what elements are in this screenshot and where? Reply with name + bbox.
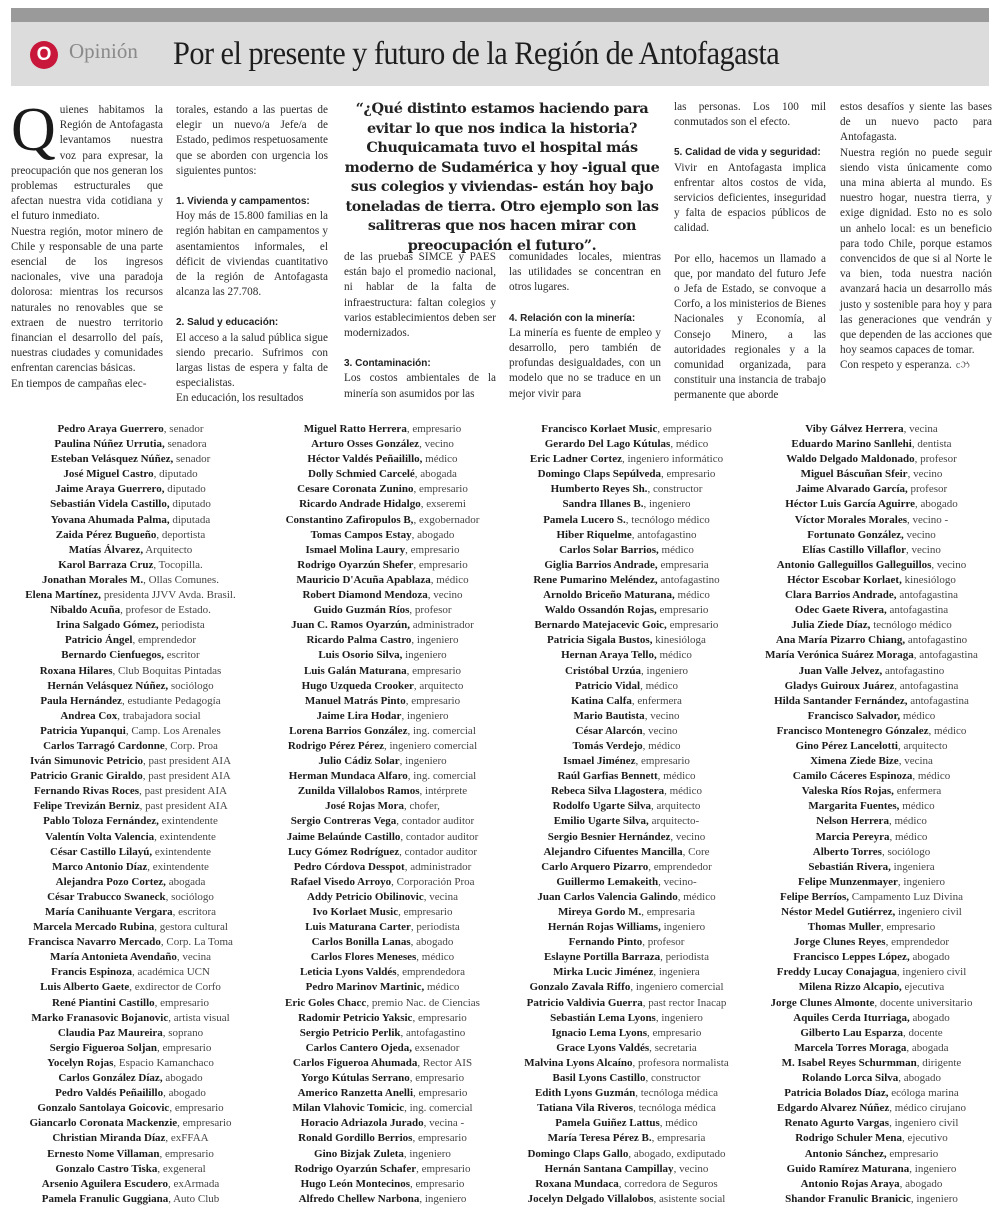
signer-role: , past president AIA <box>143 770 231 782</box>
signer-role: vecino <box>904 529 936 541</box>
signer-role: , Camp. Los Arenales <box>126 725 221 737</box>
signer-name: Iván Simunovic Petricio <box>30 755 143 767</box>
signer-entry: Tomás Verdejo, médico <box>504 739 749 754</box>
signer-name: Addy Petricio Obilinovic <box>307 891 424 903</box>
signer-name: Dolly Schmied Carcelé <box>308 468 415 480</box>
signer-name: Jonathan Morales M. <box>42 574 143 586</box>
signer-name: Ximena Ziede Bize <box>810 755 899 767</box>
signer-role: empresario <box>657 604 709 616</box>
signer-name: Jaime Araya Guerrero, <box>55 483 164 495</box>
signer-role: empresaria <box>658 559 709 571</box>
signer-entry: Carlos González Díaz, abogado <box>8 1071 253 1086</box>
signer-role: , médico <box>912 770 950 782</box>
signer-role: abogado <box>910 1012 950 1024</box>
signer-role: , estudiante Pedagogía <box>122 695 221 707</box>
signer-name: Nibaldo Acuña <box>50 604 120 616</box>
signer-role: , abogado <box>915 498 958 510</box>
signer-entry: Edith Lyons Guzmán, tecnóloga médica <box>504 1086 749 1101</box>
signer-name: Guido Guzmán Ríos <box>313 604 409 616</box>
paragraph: Hoy más de 15.800 familias en la región … <box>176 209 328 300</box>
signer-role: antofagastino <box>905 634 967 646</box>
signer-name: Cesare Coronata Zunino <box>297 483 413 495</box>
signer-entry: Pedro Marinov Martinic, médico <box>260 980 505 995</box>
signer-role: , periodista <box>411 921 460 933</box>
signer-role: , trabajadora social <box>117 710 200 722</box>
signer-role: antofagastina <box>887 604 948 616</box>
signer-name: Edith Lyons Guzmán <box>535 1087 635 1099</box>
signer-name: Yorgo Kútulas Serrano <box>301 1072 410 1084</box>
signer-name: Fernando Rivas Roces <box>34 785 139 797</box>
signer-role: , secretaria <box>649 1042 697 1054</box>
signer-entry: Patricia Yupanqui, Camp. Los Arenales <box>8 724 253 739</box>
signer-role: , docente universitario <box>874 997 972 1009</box>
signer-name: Pedro Córdova Desspot <box>294 861 405 873</box>
signer-entry: Francis Espinoza, académica UCN <box>8 965 253 980</box>
signer-name: Carlos Cantero Ojeda, <box>306 1042 412 1054</box>
signer-role: , premio Nac. de Ciencias <box>366 997 480 1009</box>
signer-entry: Luis Osorio Silva, ingeniero <box>260 648 505 663</box>
signer-name: Gerardo Del Lago Kútulas <box>545 438 671 450</box>
signer-entry: Ismael Jiménez, empresario <box>504 754 749 769</box>
signer-name: Clara Barrios Andrade, <box>785 589 897 601</box>
signer-name: Radomir Petricio Yaksic <box>298 1012 412 1024</box>
signer-entry: Americo Ranzetta Anelli, empresario <box>260 1086 505 1101</box>
signer-name: Jaime Lira Hodar <box>317 710 402 722</box>
signer-name: Rolando Lorca Silva <box>802 1072 898 1084</box>
signer-entry: Marko Franasovic Bojanovic, artista visu… <box>8 1011 253 1026</box>
signer-name: Nelson Herrera <box>816 815 889 827</box>
signer-role: tecnólogo médico <box>870 619 951 631</box>
signer-entry: Basil Lyons Castillo, constructor <box>504 1071 749 1086</box>
signer-role: , vecino- <box>658 876 696 888</box>
signer-entry: Luis Maturana Carter, periodista <box>260 920 505 935</box>
signer-name: Víctor Morales Morales <box>795 514 907 526</box>
signer-role: , empresario <box>410 1072 464 1084</box>
signer-role: , médico cirujano <box>889 1102 966 1114</box>
signer-entry: Gilberto Lau Esparza, docente <box>749 1026 994 1041</box>
signer-role: , médico <box>431 574 469 586</box>
signer-role: , empresario <box>413 1087 467 1099</box>
signer-entry: Víctor Morales Morales, vecino - <box>749 513 994 528</box>
subheading-housing: 1. Vivienda y campamentos: <box>176 194 328 209</box>
signer-name: Marcia Pereyra <box>816 831 890 843</box>
signer-name: Luis Maturana Carter <box>305 921 411 933</box>
signer-role: , médico <box>889 815 927 827</box>
signer-entry: Juan Valle Jelvez, antofagastino <box>749 664 994 679</box>
signer-entry: Nelson Herrera, médico <box>749 814 994 829</box>
signer-name: Pamela Franulic Guggiana <box>42 1193 169 1205</box>
signer-entry: Clara Barrios Andrade, antofagastina <box>749 588 994 603</box>
signer-name: Sebastián Rivera, <box>808 861 891 873</box>
signer-entry: Edgardo Alvarez Núñez, médico cirujano <box>749 1101 994 1116</box>
signer-entry: José Miguel Castro, diputado <box>8 467 253 482</box>
signer-name: Marcela Torres Moraga <box>794 1042 906 1054</box>
signer-name: Camilo Cáceres Espinoza <box>793 770 913 782</box>
signer-entry: Carlos Solar Barrios, médico <box>504 543 749 558</box>
signer-role: , dentista <box>912 438 952 450</box>
signer-name: Milan Vlahovic Tomicic <box>292 1102 404 1114</box>
signer-entry: Guido Ramírez Maturana, ingeniero <box>749 1162 994 1177</box>
signer-role: , exintendente <box>154 831 216 843</box>
signer-name: Rafael Visedo Arroyo <box>290 876 391 888</box>
signer-role: ecóloga marina <box>888 1087 958 1099</box>
signer-role: , emprendedor <box>886 936 950 948</box>
signer-entry: Marcela Torres Moraga, abogada <box>749 1041 994 1056</box>
signer-entry: Héctor Escobar Korlaet, kinesiólogo <box>749 573 994 588</box>
signer-name: Néstor Medel Gutiérrez, <box>781 906 895 918</box>
signer-entry: Ignacio Lema Lyons, empresario <box>504 1026 749 1041</box>
signer-role: , profesor <box>642 936 684 948</box>
signer-entry: Sebastián Rivera, ingeniera <box>749 860 994 875</box>
signer-entry: Felipe Trevizán Berniz, past president A… <box>8 799 253 814</box>
signer-entry: Felipe Munzenmayer, ingeniero <box>749 875 994 890</box>
signer-role: , vecino - <box>907 514 948 526</box>
signer-entry: Esteban Velásquez Núñez, senador <box>8 452 253 467</box>
signer-name: Sergio Contreras Vega <box>291 815 397 827</box>
signer-name: Hernán Velásquez Núñez, <box>47 680 168 692</box>
signer-role: , ing. comercial <box>404 1102 472 1114</box>
signer-name: Juan Carlos Valencia Galindo <box>537 891 677 903</box>
signer-role: médico <box>422 453 457 465</box>
signer-role: presidenta JJVV Avda. Brasil. <box>101 589 236 601</box>
signer-name: Carlos Tarragó Cardonne <box>43 740 165 752</box>
signer-role: , médico <box>658 770 696 782</box>
signer-role: , empresario <box>155 997 209 1009</box>
signer-name: Matías Álvarez, <box>69 544 143 556</box>
opinion-logo-icon: O <box>30 41 58 69</box>
signer-role: , exgeneral <box>157 1163 205 1175</box>
signer-role: , empresario <box>881 921 935 933</box>
signer-role: , médico <box>640 680 678 692</box>
signer-entry: Guido Guzmán Ríos, profesor <box>260 603 505 618</box>
signer-name: Carlos Flores Meneses <box>311 951 417 963</box>
signer-entry: Sebastián Videla Castillo, diputado <box>8 497 253 512</box>
signer-name: Carlos Bonilla Lanas <box>312 936 411 948</box>
signer-entry: Paula Hernández, estudiante Pedagogía <box>8 694 253 709</box>
signer-role: , ingeniero civil <box>897 966 966 978</box>
signer-role: , constructor <box>645 1072 700 1084</box>
signer-role: empresario <box>667 619 719 631</box>
signer-entry: Dolly Schmied Carcelé, abogada <box>260 467 505 482</box>
signer-role: , Tocopilla. <box>153 559 202 571</box>
signer-name: Shandor Franulic Branicic <box>785 1193 911 1205</box>
signer-role: , Corp. Proa <box>165 740 218 752</box>
signers-column-2: Miguel Ratto Herrera, empresarioArturo O… <box>260 422 505 1207</box>
signer-entry: Yovana Ahumada Palma, diputada <box>8 513 253 528</box>
signer-name: Freddy Lucay Conajagua <box>777 966 897 978</box>
signer-name: Carlos Solar Barrios, <box>559 544 659 556</box>
signer-entry: Gonzalo Santolaya Goicovic, empresario <box>8 1101 253 1116</box>
signer-entry: Francisco Korlaet Music, empresario <box>504 422 749 437</box>
signer-entry: Karol Barraza Cruz, Tocopilla. <box>8 558 253 573</box>
signer-name: Paula Hernández <box>40 695 122 707</box>
signer-role: , abogado <box>900 1178 943 1190</box>
paragraph: La minería es fuente de empleo y desarro… <box>509 326 661 402</box>
signer-entry: Fernando Pinto, profesor <box>504 935 749 950</box>
signer-entry: Ximena Ziede Bize, vecina <box>749 754 994 769</box>
signer-name: Odec Gaete Rivera, <box>795 604 887 616</box>
signer-role: , deportista <box>156 529 205 541</box>
paragraph: En tiempos de campañas elec- <box>11 377 163 392</box>
article-column-1: Q uienes habitamos la Región de Antofaga… <box>11 103 163 392</box>
signer-entry: Pamela Guiñez Lattus, médico <box>504 1116 749 1131</box>
signer-name: Basil Lyons Castillo <box>553 1072 646 1084</box>
signer-role: , empresario <box>412 1012 466 1024</box>
signer-entry: Malvina Lyons Alcaíno, profesora normali… <box>504 1056 749 1071</box>
signer-name: Zunilda Villalobos Ramos <box>298 785 420 797</box>
signer-role: , arquitecto <box>651 800 700 812</box>
signer-role: , sociólogo <box>882 846 930 858</box>
signer-name: Fortunato González, <box>807 529 904 541</box>
signer-role: , empresario <box>405 544 459 556</box>
signer-entry: Humberto Reyes Sh., constructor <box>504 482 749 497</box>
signer-role: , vecino <box>906 544 941 556</box>
signer-entry: Aquiles Cerda Iturriaga, abogado <box>749 1011 994 1026</box>
signer-entry: Gonzalo Castro Tiska, exgeneral <box>8 1162 253 1177</box>
signer-role: antofagastina <box>897 589 958 601</box>
signer-name: Carlos González Díaz, <box>58 1072 162 1084</box>
signer-name: Alejandro Cifuentes Mancilla <box>543 846 682 858</box>
signer-role: , arquitecto <box>414 680 463 692</box>
signer-name: Bernardo Matejacevic Goic, <box>535 619 667 631</box>
signer-entry: Constantino Zafiropulos B,, exgobernador <box>260 513 505 528</box>
signer-role: , empresario <box>416 1163 470 1175</box>
signer-name: Lucy Gómez Rodríguez <box>288 846 399 858</box>
signer-role: , ingeniero <box>419 1193 466 1205</box>
signer-name: Pedro Araya Guerrero <box>57 423 163 435</box>
signer-entry: Antonio Galleguillos Galleguillos, vecin… <box>749 558 994 573</box>
signer-role: , Club Boquitas Pintadas <box>113 665 222 677</box>
signer-entry: Claudia Paz Maureira, soprano <box>8 1026 253 1041</box>
signer-name: Hilda Santander Fernández, <box>774 695 907 707</box>
section-label: Opinión <box>69 39 138 64</box>
signer-entry: Luis Alberto Gaete, exdirector de Corfo <box>8 980 253 995</box>
signer-role: , tecnólogo médico <box>626 514 710 526</box>
signer-entry: Yocelyn Rojas, Espacio Kamanchaco <box>8 1056 253 1071</box>
signer-name: Grace Lyons Valdés <box>556 1042 649 1054</box>
signer-name: Patricia Yupanqui <box>40 725 126 737</box>
signer-role: médico <box>424 981 459 993</box>
signer-name: Claudia Paz Maureira <box>58 1027 163 1039</box>
signer-role: , antofagastino <box>401 1027 466 1039</box>
signer-name: María Verónica Suárez Moraga <box>765 649 914 661</box>
signer-role: , exArmada <box>168 1178 219 1190</box>
signer-entry: Hiber Riquelme, antofagastino <box>504 528 749 543</box>
signer-entry: Fernando Rivas Roces, past president AIA <box>8 784 253 799</box>
signer-entry: Carlos Cantero Ojeda, exsenador <box>260 1041 505 1056</box>
signer-role: diputada <box>170 514 211 526</box>
signer-role: antofagastino <box>882 665 944 677</box>
signer-entry: Miguel Báscuñan Sfeir, vecino <box>749 467 994 482</box>
signer-name: Miguel Ratto Herrera <box>304 423 407 435</box>
signer-role: , profesor de Estado. <box>120 604 211 616</box>
signer-role: , empresario <box>413 559 467 571</box>
signer-name: Roxana Mundaca <box>535 1178 618 1190</box>
signer-role: , vecino <box>908 468 943 480</box>
signer-role: , past president AIA <box>139 785 227 797</box>
signer-entry: Pedro Valdés Peñailillo, abogado <box>8 1086 253 1101</box>
signer-name: Gilberto Lau Esparza <box>800 1027 903 1039</box>
signer-entry: Rene Pumarino Meléndez, antofagastino <box>504 573 749 588</box>
signer-role: , abogado <box>412 529 455 541</box>
signer-name: Héctor Luis García Aguirre <box>785 498 915 510</box>
signer-role: , periodista <box>660 951 709 963</box>
signer-name: César Castillo Lilayú, <box>50 846 152 858</box>
signer-role: , ingeniero <box>909 1163 956 1175</box>
signer-role: , ingeniero <box>911 1193 958 1205</box>
article-column-2: torales, estando a las puertas de elegir… <box>176 103 328 407</box>
signer-entry: Hugo Uzqueda Crooker, arquitecto <box>260 679 505 694</box>
signer-name: Hugo León Montecinos <box>301 1178 410 1190</box>
signer-entry: Carlo Arquero Pizarro, emprendedor <box>504 860 749 875</box>
signer-role: , arquitecto <box>898 740 947 752</box>
signer-role: , abogada <box>415 468 457 480</box>
signer-role: ingeniera <box>891 861 935 873</box>
signer-role: , ingeniera <box>653 966 699 978</box>
signer-name: Aquiles Cerda Iturriaga, <box>793 1012 909 1024</box>
article-column-6: estos desafíos y siente las bases de un … <box>840 100 992 374</box>
signer-role: escritor <box>164 649 200 661</box>
signer-entry: Renato Agurto Vargas, ingeniero civil <box>749 1116 994 1131</box>
paragraph: Los costos ambientales de la minería son… <box>344 371 496 401</box>
signer-role: médico <box>675 589 710 601</box>
signer-entry: Néstor Medel Gutiérrez, ingeniero civil <box>749 905 994 920</box>
paragraph: Vivir en Antofagasta implica enfrentar a… <box>674 161 826 237</box>
signer-role: , corredora de Seguros <box>619 1178 718 1190</box>
signer-role: , exseremi <box>421 498 466 510</box>
signer-role: , empresario <box>160 1148 214 1160</box>
signer-name: Domingo Claps Gallo <box>527 1148 628 1160</box>
signer-role: , abogado <box>163 1087 206 1099</box>
signer-entry: Mirka Lucic Jiménez, ingeniera <box>504 965 749 980</box>
signer-entry: Julio Cádiz Solar, ingeniero <box>260 754 505 769</box>
signer-role: , vecino <box>645 710 680 722</box>
signer-name: Elías Castillo Villaflor <box>802 544 906 556</box>
signer-role: , tecnóloga médica <box>635 1087 718 1099</box>
signer-role: , médico <box>929 725 967 737</box>
signer-entry: Francisca Navarro Mercado, Corp. La Toma <box>8 935 253 950</box>
signer-name: Rene Pumarino Meléndez, <box>533 574 657 586</box>
signer-entry: Hernán Santana Campillay, vecino <box>504 1162 749 1177</box>
signer-entry: Juan C. Ramos Oyarzún, administrador <box>260 618 505 633</box>
signer-role: abogada <box>166 876 205 888</box>
signer-entry: Katina Calfa, enfermera <box>504 694 749 709</box>
signer-entry: Freddy Lucay Conajagua, ingeniero civil <box>749 965 994 980</box>
signer-name: Pamela Lucero S. <box>543 514 626 526</box>
signer-role: , vecina <box>177 951 211 963</box>
signer-role: , profesor <box>409 604 451 616</box>
signer-role: , antofagastino <box>632 529 697 541</box>
signer-role: , ingeniero civil <box>889 1117 958 1129</box>
signer-entry: Hernán Rojas Williams, ingeniero <box>504 920 749 935</box>
signer-entry: Viby Gálvez Herrera, vecina <box>749 422 994 437</box>
signer-entry: Lorena Barrios González, ing. comercial <box>260 724 505 739</box>
signer-role: , soprano <box>163 1027 203 1039</box>
signer-name: Pedro Valdés Peñailillo <box>55 1087 163 1099</box>
signer-entry: Cristóbal Urzúa, ingeniero <box>504 664 749 679</box>
signer-name: Raúl Garfias Bennett <box>557 770 657 782</box>
signer-role: , empresaria <box>641 906 695 918</box>
signer-name: Emilio Ugarte Silva, <box>554 815 649 827</box>
signer-name: Felipe Trevizán Berniz <box>33 800 139 812</box>
signer-entry: Zaida Pérez Bugueño, deportista <box>8 528 253 543</box>
signer-role: , antofagastina <box>914 649 978 661</box>
signer-role: , exgobernador <box>413 514 479 526</box>
signer-entry: Jonathan Morales M., Ollas Comunes. <box>8 573 253 588</box>
signer-entry: María Teresa Pérez B., empresaria <box>504 1131 749 1146</box>
signer-role: , empresario <box>647 1027 701 1039</box>
signer-name: Luis Alberto Gaete <box>40 981 129 993</box>
signer-entry: Carlos Figueroa Ahumada, Rector AIS <box>260 1056 505 1071</box>
signer-entry: Ernesto Nome Villaman, empresario <box>8 1147 253 1162</box>
signer-entry: Domingo Claps Gallo, abogado, exdiputado <box>504 1147 749 1162</box>
signer-entry: Jorge Clunes Almonte, docente universita… <box>749 996 994 1011</box>
signer-name: Francisca Navarro Mercado <box>28 936 161 948</box>
signer-name: Andrea Cox <box>60 710 117 722</box>
signer-role: , ingeniero <box>401 710 448 722</box>
signer-role: , empresario <box>157 1042 211 1054</box>
signer-name: Arturo Osses González <box>311 438 419 450</box>
signer-entry: Ivo Korlaet Music, empresario <box>260 905 505 920</box>
signer-entry: Pedro Córdova Desspot, administrador <box>260 860 505 875</box>
signer-entry: Carlos Flores Meneses, médico <box>260 950 505 965</box>
signer-entry: Marcia Pereyra, médico <box>749 830 994 845</box>
signer-role: , ingeniero <box>656 1012 703 1024</box>
signer-role: , vecina <box>904 423 938 435</box>
signer-name: Mario Bautista <box>573 710 644 722</box>
signer-entry: Elías Castillo Villaflor, vecino <box>749 543 994 558</box>
signer-role: , empresario <box>657 423 711 435</box>
end-mark-icon: cઝ <box>956 360 970 371</box>
signer-role: , abogado <box>411 936 454 948</box>
signer-role: exintendente <box>159 815 218 827</box>
signer-entry: M. Isabel Reyes Schurmman, dirigente <box>749 1056 994 1071</box>
signer-role: Arquitecto <box>143 544 192 556</box>
signer-entry: Rodrigo Oyarzún Shefer, empresario <box>260 558 505 573</box>
signer-name: Ronald Gordillo Berrios <box>298 1132 412 1144</box>
signer-name: Miguel Báscuñan Sfeir <box>801 468 908 480</box>
signer-name: Valeska Ríos Rojas, <box>802 785 894 797</box>
signer-name: Sandra Illanes B. <box>562 498 643 510</box>
signer-entry: Rodrigo Schuler Mena, ejecutivo <box>749 1131 994 1146</box>
paragraph: de las pruebas SIMCE y PAES están bajo e… <box>344 250 496 341</box>
signer-entry: Carlos Bonilla Lanas, abogado <box>260 935 505 950</box>
signer-entry: Emilio Ugarte Silva, arquitecto- <box>504 814 749 829</box>
signer-entry: Yorgo Kútulas Serrano, empresario <box>260 1071 505 1086</box>
signer-role: diputado <box>165 483 206 495</box>
signer-entry: Jaime Araya Guerrero, diputado <box>8 482 253 497</box>
signer-entry: Roxana Hilares, Club Boquitas Pintadas <box>8 664 253 679</box>
signer-name: Jorge Clunes Reyes <box>794 936 886 948</box>
signer-name: Alfredo Chellew Narbona <box>299 1193 420 1205</box>
signer-role: , ing. comercial <box>408 770 476 782</box>
signer-entry: Guillermo Lemakeith, vecino- <box>504 875 749 890</box>
signer-entry: Rafael Visedo Arroyo, Corporación Proa <box>260 875 505 890</box>
drop-cap: Q <box>11 105 56 155</box>
signer-name: Gonzalo Santolaya Goicovic <box>37 1102 169 1114</box>
signer-role: abogado <box>910 951 950 963</box>
signer-role: , médico <box>678 891 716 903</box>
signer-entry: Gino Pérez Lancelotti, arquitecto <box>749 739 994 754</box>
signer-name: Francis Espinoza <box>51 966 132 978</box>
signer-role: , tecnóloga médica <box>633 1102 716 1114</box>
signer-role: , intérprete <box>420 785 468 797</box>
signer-role: kinesióloga <box>652 634 705 646</box>
signer-name: Herman Mundaca Alfaro <box>289 770 408 782</box>
signer-entry: Alejandro Cifuentes Mancilla, Core <box>504 845 749 860</box>
signer-entry: Hernán Velásquez Núñez, sociólogo <box>8 679 253 694</box>
signer-role: antofagastina <box>907 695 968 707</box>
